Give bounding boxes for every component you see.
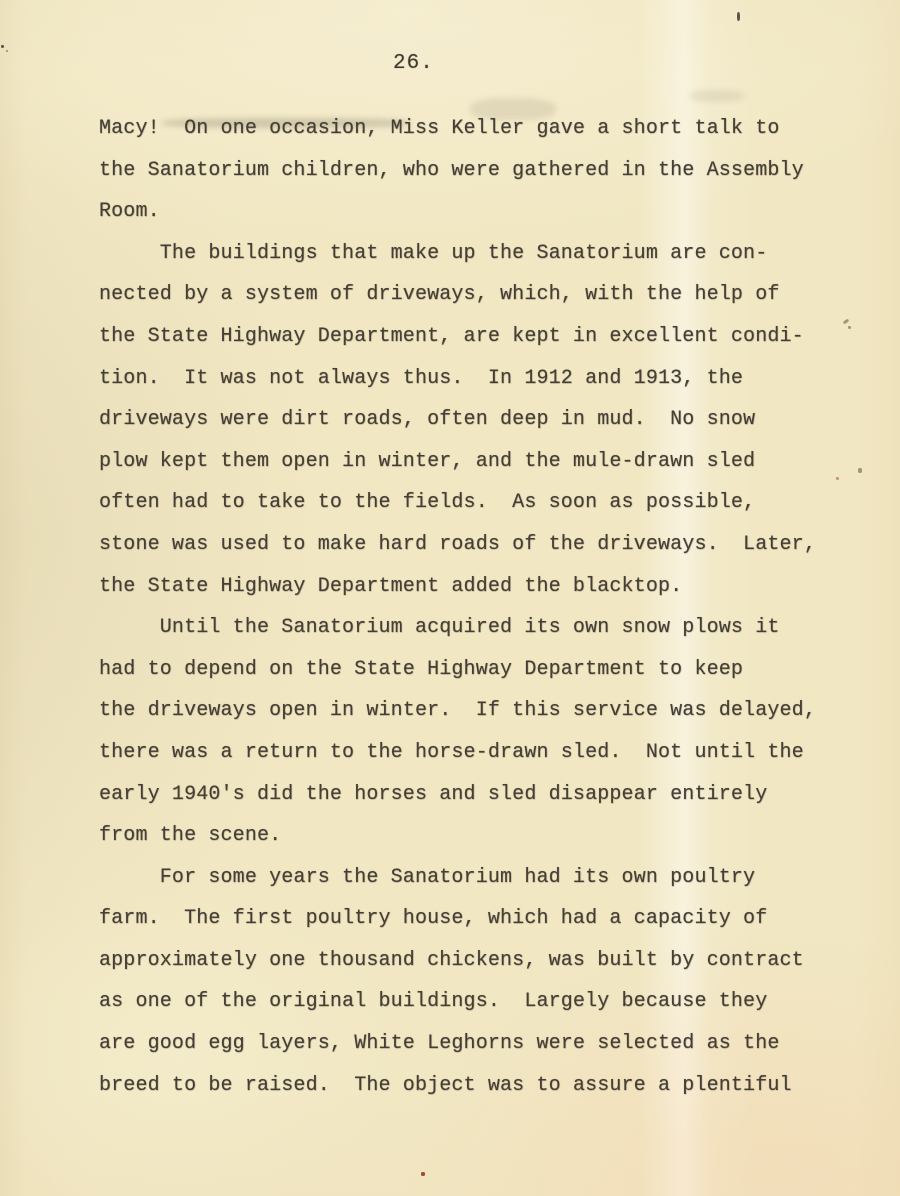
text-line: nected by a system of driveways, which, … [99, 274, 859, 316]
document-text: Macy! On one occasion, Miss Keller gave … [99, 108, 859, 1106]
scanned-page: 26. Macy! On one occasion, Miss Keller g… [0, 0, 900, 1196]
text-line: plow kept them open in winter, and the m… [99, 441, 859, 483]
text-line: approximately one thousand chickens, was… [99, 940, 859, 982]
text-line: from the scene. [99, 815, 859, 857]
text-line: had to depend on the State Highway Depar… [99, 649, 859, 691]
text-line: The buildings that make up the Sanatoriu… [99, 233, 859, 275]
text-line: Macy! On one occasion, Miss Keller gave … [99, 108, 859, 150]
text-line: the State Highway Department, are kept i… [99, 316, 859, 358]
text-line: the State Highway Department added the b… [99, 566, 859, 608]
stray-mark [421, 1172, 425, 1176]
text-line: there was a return to the horse-drawn sl… [99, 732, 859, 774]
stray-mark [836, 477, 839, 480]
text-line: Until the Sanatorium acquired its own sn… [99, 607, 859, 649]
text-line: Room. [99, 191, 859, 233]
text-line: driveways were dirt roads, often deep in… [99, 399, 859, 441]
page-number: 26. [393, 52, 434, 75]
text-line: farm. The first poultry house, which had… [99, 898, 859, 940]
text-line: stone was used to make hard roads of the… [99, 524, 859, 566]
text-line: tion. It was not always thus. In 1912 an… [99, 358, 859, 400]
text-line: early 1940's did the horses and sled dis… [99, 774, 859, 816]
text-line: the Sanatorium children, who were gather… [99, 150, 859, 192]
stray-mark [848, 326, 851, 329]
stray-mark [737, 12, 740, 21]
stray-mark [6, 50, 8, 52]
text-line: as one of the original buildings. Largel… [99, 981, 859, 1023]
text-line: the driveways open in winter. If this se… [99, 690, 859, 732]
stray-mark [1, 45, 4, 48]
ink-smudge [690, 90, 744, 102]
text-line: For some years the Sanatorium had its ow… [99, 857, 859, 899]
text-line: breed to be raised. The object was to as… [99, 1065, 859, 1107]
text-line: often had to take to the fields. As soon… [99, 482, 859, 524]
text-line: are good egg layers, White Leghorns were… [99, 1023, 859, 1065]
stray-mark [858, 468, 862, 473]
